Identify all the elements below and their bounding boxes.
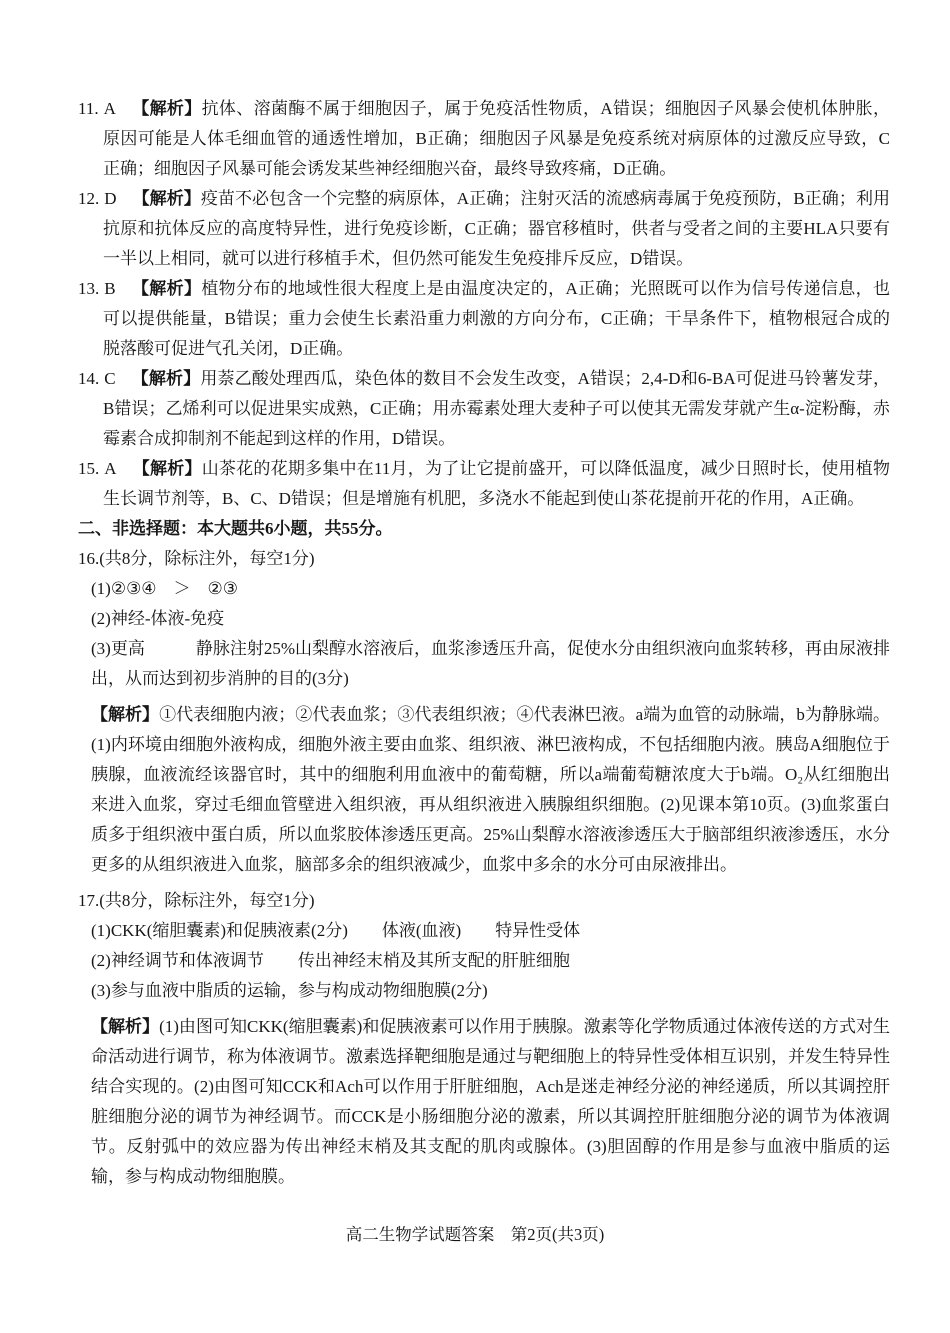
analysis-tag: 【解析】	[132, 279, 202, 298]
question-17-answer-2: (2)神经调节和体液调节 传出神经末梢及其所支配的肝脏细胞	[78, 946, 890, 976]
question-16-analysis: 【解析】①代表细胞内液；②代表血浆；③代表组织液；④代表淋巴液。a端为血管的动脉…	[78, 700, 890, 880]
answer-item-13: 13.B【解析】植物分布的地域性很大程度上是由温度决定的，A正确；光照既可以作为…	[78, 274, 890, 364]
page-footer: 高二生物学试题答案 第2页(共3页)	[0, 1222, 950, 1248]
analysis-text: ①代表细胞内液；②代表血浆；③代表组织液；④代表淋巴液。a端为血管的动脉端，b为…	[91, 705, 890, 874]
answer-item-14: 14.C【解析】用萘乙酸处理西瓜，染色体的数目不会发生改变，A错误；2,4-D和…	[78, 364, 890, 454]
question-16-answer-2: (2)神经-体液-免疫	[78, 604, 890, 634]
analysis-tag: 【解析】	[133, 189, 201, 208]
question-number: 15.	[78, 459, 99, 478]
question-16-block: 16.(共8分，除标注外，每空1分) (1)②③④ ＞ ②③ (2)神经-体液-…	[78, 544, 890, 880]
analysis-text: 山茶花的花期多集中在11月，为了让它提前盛开，可以降低温度，减少日照时长，使用植…	[103, 459, 890, 508]
question-number: 12.	[78, 189, 99, 208]
document-page: 11.A【解析】抗体、溶菌酶不属于细胞因子，属于免疫活性物质，A错误；细胞因子风…	[0, 0, 950, 1333]
question-17-answer-1: (1)CKK(缩胆囊素)和促胰液素(2分) 体液(血液) 特异性受体	[78, 916, 890, 946]
analysis-text: 用萘乙酸处理西瓜，染色体的数目不会发生改变，A错误；2,4-D和6-BA可促进马…	[103, 369, 890, 448]
analysis-tag: 【解析】	[132, 369, 201, 388]
analysis-tag: 【解析】	[132, 99, 202, 118]
answer-letter: A	[104, 99, 116, 118]
answer-letter: B	[104, 279, 115, 298]
analysis-text: 植物分布的地域性很大程度上是由温度决定的，A正确；光照既可以作为信号传递信息，也…	[103, 279, 890, 358]
answer-letter: C	[104, 369, 115, 388]
answer-item-11: 11.A【解析】抗体、溶菌酶不属于细胞因子，属于免疫活性物质，A错误；细胞因子风…	[78, 94, 890, 184]
answer-letter: D	[104, 189, 116, 208]
analysis-text: 疫苗不必包含一个完整的病原体，A正确；注射灭活的流感病毒属于免疫预防，B正确；利…	[103, 189, 890, 268]
question-16-header: 16.(共8分，除标注外，每空1分)	[78, 544, 890, 574]
question-16-answer-1: (1)②③④ ＞ ②③	[78, 574, 890, 604]
answer-sheet-content: 11.A【解析】抗体、溶菌酶不属于细胞因子，属于免疫活性物质，A错误；细胞因子风…	[78, 94, 890, 1194]
analysis-tag: 【解析】	[91, 705, 159, 724]
question-16-answer-3: (3)更高 静脉注射25%山梨醇水溶液后，血浆渗透压升高，促使水分由组织液向血浆…	[78, 634, 890, 694]
analysis-tag: 【解析】	[133, 459, 202, 478]
question-17-analysis: 【解析】(1)由图可知CKK(缩胆囊素)和促胰液素可以作用于胰腺。激素等化学物质…	[78, 1012, 890, 1192]
answer-letter: A	[104, 459, 116, 478]
analysis-text: (1)由图可知CKK(缩胆囊素)和促胰液素可以作用于胰腺。激素等化学物质通过体液…	[91, 1017, 890, 1186]
question-number: 14.	[78, 369, 99, 388]
answer-item-12: 12.D【解析】疫苗不必包含一个完整的病原体，A正确；注射灭活的流感病毒属于免疫…	[78, 184, 890, 274]
question-17-answer-3: (3)参与血液中脂质的运输，参与构成动物细胞膜(2分)	[78, 976, 890, 1006]
question-number: 11.	[78, 99, 99, 118]
question-17-header: 17.(共8分，除标注外，每空1分)	[78, 886, 890, 916]
section-two-heading: 二、非选择题：本大题共6小题，共55分。	[78, 514, 890, 544]
question-number: 13.	[78, 279, 99, 298]
answer-item-15: 15.A【解析】山茶花的花期多集中在11月，为了让它提前盛开，可以降低温度，减少…	[78, 454, 890, 514]
question-17-block: 17.(共8分，除标注外，每空1分) (1)CKK(缩胆囊素)和促胰液素(2分)…	[78, 886, 890, 1192]
analysis-text: 抗体、溶菌酶不属于细胞因子，属于免疫活性物质，A错误；细胞因子风暴会使机体肿胀，…	[103, 99, 890, 178]
analysis-tag: 【解析】	[91, 1017, 159, 1036]
